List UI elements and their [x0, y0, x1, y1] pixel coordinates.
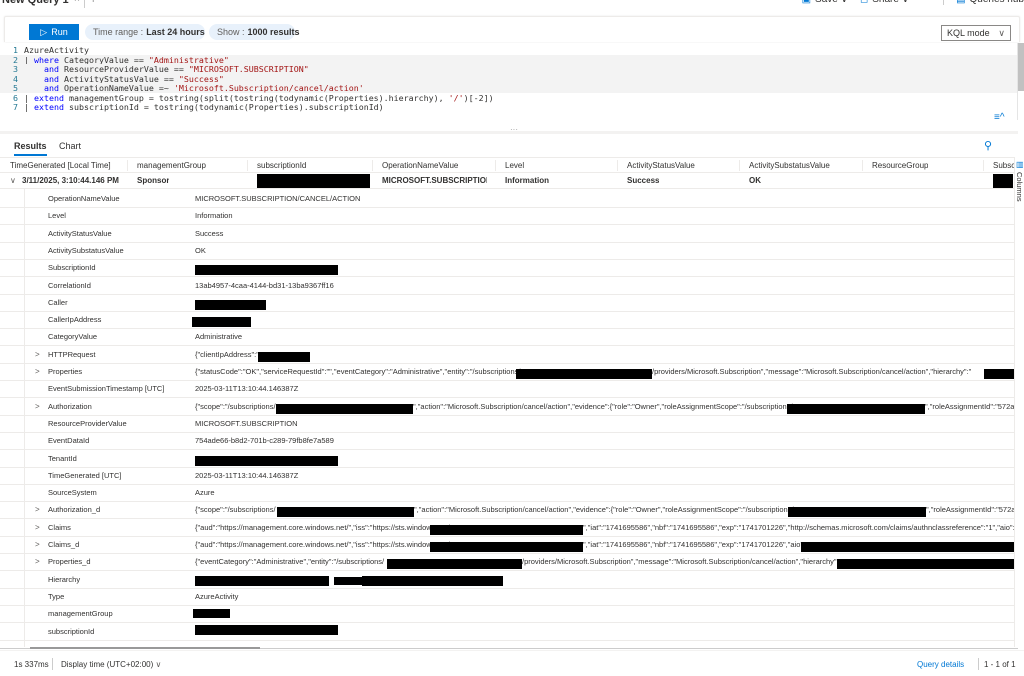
redacted-value	[193, 609, 230, 618]
queries-hub-icon: ▤	[956, 0, 965, 5]
chevron-down-icon: ∨	[902, 0, 909, 5]
code-token: ResourceProviderValue ==	[59, 64, 189, 74]
code-token: subscriptionId = tostring(todynamic(Prop…	[64, 102, 384, 112]
detail-value: 13ab4957-4caa-4144-bd31-13ba9367ff16	[195, 281, 334, 290]
status-bar: 1s 337ms Display time (UTC+02:00) ∨ Quer…	[0, 650, 1024, 676]
code-line[interactable]: 7| extend subscriptionId = tostring(tody…	[0, 102, 1018, 112]
column-header[interactable]: Subsc	[993, 161, 1015, 170]
redacted-subscription-id	[257, 174, 370, 188]
code-token	[24, 74, 44, 84]
detail-value: 2025-03-11T13:10:44.146387Z	[195, 384, 298, 393]
detail-value: {"clientIpAddress":"	[195, 350, 259, 359]
editor-divider	[0, 131, 1018, 134]
detail-row: ActivityStatusValueSuccess	[0, 225, 1018, 243]
detail-key: Type	[48, 592, 64, 601]
line-number: 7	[0, 102, 24, 112]
chevron-right-icon[interactable]: >	[35, 402, 40, 411]
line-number: 4	[0, 74, 24, 84]
detail-key: TimeGenerated [UTC]	[48, 471, 122, 480]
detail-row: CallerIpAddress	[0, 311, 1018, 329]
code-token: AzureActivity	[24, 45, 89, 55]
detail-row: LevelInformation	[0, 207, 1018, 225]
keyword-token: extend	[34, 93, 64, 103]
code-token: ActivityStatusValue ==	[59, 74, 179, 84]
detail-key: OperationNameValue	[48, 194, 120, 203]
query-toolbar: ▷Run Time range :Last 24 hours Show :100…	[4, 16, 1020, 42]
query-editor[interactable]: 1AzureActivity2| where CategoryValue == …	[0, 43, 1018, 120]
detail-value: Information	[195, 211, 233, 220]
top-actions: ▣Save ∨ ◻Share ∨ ··· ▤Queries hub	[802, 0, 1024, 5]
code-token: |	[24, 102, 34, 112]
column-resize-handle[interactable]	[372, 160, 373, 171]
code-line[interactable]: 4 and ActivityStatusValue == "Success"	[0, 74, 1018, 84]
redacted-value	[788, 507, 926, 517]
detail-row: OperationNameValueMICROSOFT.SUBSCRIPTION…	[0, 190, 1018, 208]
detail-row: >Properties_d{"eventCategory":"Administr…	[0, 553, 1018, 571]
column-resize-handle[interactable]	[983, 160, 984, 171]
detail-row: SourceSystemAzure	[0, 484, 1018, 502]
detail-key: Properties_d	[48, 557, 91, 566]
redacted-value	[387, 559, 522, 569]
detail-key: managementGroup	[48, 609, 113, 618]
detail-value: 2025-03-11T13:10:44.146387Z	[195, 471, 298, 480]
keyword-token: and	[44, 64, 59, 74]
code-line[interactable]: 6| extend managementGroup = tostring(spl…	[0, 93, 1018, 103]
chevron-right-icon[interactable]: >	[35, 523, 40, 532]
detail-value: Administrative	[195, 332, 242, 341]
keyword-token: where	[34, 55, 59, 65]
kql-mode-select[interactable]: KQL mode∨	[941, 25, 1011, 41]
result-count: 1 - 1 of 1	[984, 660, 1016, 669]
code-token: |	[24, 93, 34, 103]
string-token: "MICROSOFT.SUBSCRIPTION"	[189, 64, 309, 74]
column-resize-handle[interactable]	[495, 160, 496, 171]
detail-row: TenantId	[0, 450, 1018, 468]
column-resize-handle[interactable]	[247, 160, 248, 171]
collapse-row-icon[interactable]: ∨	[10, 176, 16, 185]
redacted-value	[195, 300, 266, 310]
detail-key: CorrelationId	[48, 281, 91, 290]
detail-row: ActivitySubstatusValueOK	[0, 242, 1018, 260]
line-number: 1	[0, 45, 24, 55]
column-header[interactable]: ActivityStatusValue	[627, 161, 695, 170]
horizontal-scrollbar[interactable]	[30, 647, 260, 649]
detail-key: Hierarchy	[48, 575, 80, 584]
code-token	[24, 64, 44, 74]
detail-value: 754ade66-b8d2-701b-c289-79fb8fe7a589	[195, 436, 334, 445]
code-token: OperationNameValue =~	[59, 83, 174, 93]
detail-row: >Properties{"statusCode":"OK","serviceRe…	[0, 363, 1018, 381]
redacted-value	[801, 542, 1018, 552]
detail-row: >HTTPRequest{"clientIpAddress":"	[0, 346, 1018, 364]
display-time-dropdown[interactable]: Display time (UTC+02:00) ∨	[61, 660, 161, 669]
detail-key: HTTPRequest	[48, 350, 96, 359]
redacted-value	[277, 507, 414, 517]
redacted-value	[362, 576, 503, 586]
share-icon: ◻	[860, 0, 868, 5]
column-header[interactable]: Level	[505, 161, 524, 170]
tab-results[interactable]: Results	[14, 141, 47, 156]
grid-header: TimeGenerated [Local Time]managementGrou…	[0, 157, 1018, 173]
chevron-down-icon: ∨	[998, 28, 1005, 39]
detail-row: ResourceProviderValueMICROSOFT.SUBSCRIPT…	[0, 415, 1018, 433]
string-token: "Success"	[179, 74, 224, 84]
cell-substatus: OK	[749, 176, 761, 185]
detail-row: managementGroup	[0, 605, 1018, 623]
redacted-value	[837, 559, 1018, 569]
detail-value: MICROSOFT.SUBSCRIPTION	[195, 419, 298, 428]
redacted-value	[430, 525, 583, 535]
detail-key: Authorization	[48, 402, 92, 411]
column-header[interactable]: TimeGenerated [Local Time]	[10, 161, 111, 170]
search-icon[interactable]: ⚲	[984, 139, 992, 152]
detail-key: CallerIpAddress	[48, 315, 101, 324]
detail-row: EventDataId754ade66-b8d2-701b-c289-79fb8…	[0, 432, 1018, 450]
divider	[943, 0, 944, 5]
results-tabs: Results Chart	[0, 137, 1024, 157]
queries-hub-button[interactable]: ▤Queries hub	[956, 0, 1024, 5]
play-icon: ▷	[40, 27, 47, 38]
redacted-value	[258, 352, 310, 362]
redacted-value	[195, 576, 329, 586]
result-limit-picker[interactable]: Show :1000 results	[209, 24, 295, 40]
detail-value-continued: /providers/Microsoft.Subscription","mess…	[522, 557, 841, 566]
columns-panel-toggle[interactable]	[1014, 157, 1024, 647]
divider	[52, 658, 53, 670]
chevron-down-icon: ∨	[155, 660, 161, 669]
detail-row: TypeAzureActivity	[0, 588, 1018, 606]
column-header[interactable]: ActivitySubstatusValue	[749, 161, 830, 170]
detail-key: Properties	[48, 367, 82, 376]
column-resize-handle[interactable]	[127, 160, 128, 171]
chevron-right-icon[interactable]: >	[35, 557, 40, 566]
detail-value: OK	[195, 246, 206, 255]
detail-key: CategoryValue	[48, 332, 97, 341]
code-token	[24, 83, 44, 93]
code-line[interactable]: 2| where CategoryValue == "Administrativ…	[0, 55, 1018, 65]
detail-key: SourceSystem	[48, 488, 97, 497]
detail-row: SubscriptionId	[0, 259, 1018, 277]
line-number: 2	[0, 55, 24, 65]
cell-status: Success	[627, 176, 659, 185]
code-token: )[-2])	[464, 93, 494, 103]
columns-label[interactable]: Columns	[1014, 172, 1024, 202]
keyword-token: and	[44, 74, 59, 84]
detail-row: EventSubmissionTimestamp [UTC]2025-03-11…	[0, 380, 1018, 398]
line-number: 6	[0, 93, 24, 103]
detail-key: EventSubmissionTimestamp [UTC]	[48, 384, 164, 393]
chevron-down-icon: ∨	[841, 0, 848, 5]
detail-value-continued: ","iat":"1741695586","nbf":"1741695586",…	[583, 540, 808, 549]
detail-key: EventDataId	[48, 436, 89, 445]
detail-value-continued: ","roleAssignmentId":"572a7	[926, 505, 1018, 514]
columns-icon[interactable]: ▥	[1016, 161, 1023, 168]
redacted-value	[195, 265, 338, 275]
keyword-token: and	[44, 83, 59, 93]
editor-scrollbar[interactable]	[1018, 43, 1024, 91]
results-grid: TimeGenerated [Local Time]managementGrou…	[0, 157, 1018, 647]
detail-value-continued: ","action":"Microsoft.Subscription/cance…	[413, 402, 793, 411]
detail-value: Success	[195, 229, 223, 238]
column-header[interactable]: OperationNameValue	[382, 161, 458, 170]
detail-key: ResourceProviderValue	[48, 419, 127, 428]
share-button[interactable]: ◻Share ∨	[860, 0, 909, 5]
divider	[978, 658, 979, 670]
table-row[interactable]: ∨ 3/11/2025, 3:10:44.146 PM Sponsor MICR…	[0, 173, 1018, 189]
detail-key: SubscriptionId	[48, 263, 96, 272]
detail-key: TenantId	[48, 454, 77, 463]
new-tab-icon[interactable]: +	[90, 0, 96, 6]
chevron-right-icon[interactable]: >	[35, 350, 40, 359]
tab-bar: New Query 1* ··· × + ▣Save ∨ ◻Share ∨ ··…	[0, 0, 1024, 8]
string-token: "Administrative"	[149, 55, 229, 65]
tab-more-icon[interactable]: ···	[63, 0, 73, 4]
detail-value: {"eventCategory":"Administrative","entit…	[195, 557, 384, 566]
redacted-value	[195, 625, 338, 635]
cell-time: 3/11/2025, 3:10:44.146 PM	[22, 176, 119, 185]
detail-key: ActivityStatusValue	[48, 229, 112, 238]
detail-row: CategoryValueAdministrative	[0, 328, 1018, 346]
detail-value-continued: ","roleAssignmentId":"572a7	[925, 402, 1018, 411]
detail-key: Level	[48, 211, 66, 220]
detail-row: CorrelationId13ab4957-4caa-4144-bd31-13b…	[0, 277, 1018, 295]
detail-value-continued: ","action":"Microsoft.Subscription/cance…	[414, 505, 794, 514]
detail-key: Claims_d	[48, 540, 79, 549]
detail-value-continued: /providers/Microsoft.Subscription","mess…	[652, 367, 971, 376]
column-header[interactable]: ResourceGroup	[872, 161, 928, 170]
detail-row: >Authorization{"scope":"/subscriptions/"…	[0, 398, 1018, 416]
save-icon: ▣	[802, 0, 811, 5]
redacted-value	[787, 404, 925, 414]
detail-value: {"statusCode":"OK","serviceRequestId":""…	[195, 367, 521, 376]
detail-value: {"aud":"https://management.core.windows.…	[195, 540, 450, 549]
detail-value: Azure	[195, 488, 215, 497]
redacted-value	[276, 404, 413, 414]
cell-operation: MICROSOFT.SUBSCRIPTION/C...	[382, 176, 487, 185]
column-header[interactable]: managementGroup	[137, 161, 206, 170]
redacted-value	[334, 577, 362, 585]
detail-key: ActivitySubstatusValue	[48, 246, 124, 255]
detail-value: {"scope":"/subscriptions/	[195, 505, 276, 514]
detail-key: Caller	[48, 298, 68, 307]
detail-row: >Claims_d{"aud":"https://management.core…	[0, 536, 1018, 554]
redacted-value	[984, 369, 1018, 379]
query-details-link[interactable]: Query details	[917, 660, 964, 669]
detail-value: AzureActivity	[195, 592, 238, 601]
chevron-right-icon[interactable]: >	[35, 540, 40, 549]
detail-row: Caller	[0, 294, 1018, 312]
column-resize-handle[interactable]	[617, 160, 618, 171]
column-resize-handle[interactable]	[739, 160, 740, 171]
cell-management-group: Sponsor	[137, 176, 169, 185]
detail-key: Authorization_d	[48, 505, 100, 514]
detail-row: >Authorization_d{"scope":"/subscriptions…	[0, 501, 1018, 519]
string-token: '/'	[449, 93, 464, 103]
redacted-value	[192, 317, 251, 327]
chevron-right-icon[interactable]: >	[35, 505, 40, 514]
redacted-value	[195, 456, 338, 466]
query-duration: 1s 337ms	[14, 660, 49, 669]
save-button[interactable]: ▣Save ∨	[802, 0, 848, 5]
more-icon[interactable]: ···	[921, 0, 931, 5]
detail-row: >Claims{"aud":"https://management.core.w…	[0, 519, 1018, 537]
time-range-picker[interactable]: Time range :Last 24 hours	[85, 24, 205, 40]
tab-chart[interactable]: Chart	[59, 141, 81, 151]
code-token: |	[24, 55, 34, 65]
cell-level: Information	[505, 176, 549, 185]
column-header[interactable]: subscriptionId	[257, 161, 306, 170]
detail-value-continued: ","iat":"1741695586","nbf":"1741695586",…	[583, 523, 1018, 532]
redacted-cell	[993, 174, 1013, 188]
detail-value: {"aud":"https://management.core.windows.…	[195, 523, 450, 532]
detail-row: subscriptionId	[0, 623, 1018, 641]
code-line[interactable]: 1AzureActivity	[0, 45, 1018, 55]
redacted-value	[516, 369, 652, 379]
tab-divider	[84, 0, 85, 8]
code-token: CategoryValue ==	[59, 55, 149, 65]
string-token: 'Microsoft.Subscription/cancel/action'	[174, 83, 364, 93]
detail-value: {"scope":"/subscriptions/	[195, 402, 276, 411]
code-line[interactable]: 3 and ResourceProviderValue == "MICROSOF…	[0, 64, 1018, 74]
code-line[interactable]: 5 and OperationNameValue =~ 'Microsoft.S…	[0, 83, 1018, 93]
code-token: managementGroup = tostring(split(tostrin…	[64, 93, 449, 103]
detail-row: TimeGenerated [UTC]2025-03-11T13:10:44.1…	[0, 467, 1018, 485]
tab-close-icon[interactable]: ×	[74, 0, 80, 5]
line-number: 3	[0, 64, 24, 74]
detail-key: subscriptionId	[48, 627, 94, 636]
detail-row: Hierarchy	[0, 571, 1018, 589]
run-button[interactable]: ▷Run	[29, 24, 79, 40]
column-resize-handle[interactable]	[862, 160, 863, 171]
keyword-token: extend	[34, 102, 64, 112]
detail-key: Claims	[48, 523, 71, 532]
line-number: 5	[0, 83, 24, 93]
redacted-value	[430, 542, 583, 552]
chevron-right-icon[interactable]: >	[35, 367, 40, 376]
collapse-editor-icon[interactable]: ≡^	[994, 112, 1005, 123]
detail-value: MICROSOFT.SUBSCRIPTION/CANCEL/ACTION	[195, 194, 360, 203]
